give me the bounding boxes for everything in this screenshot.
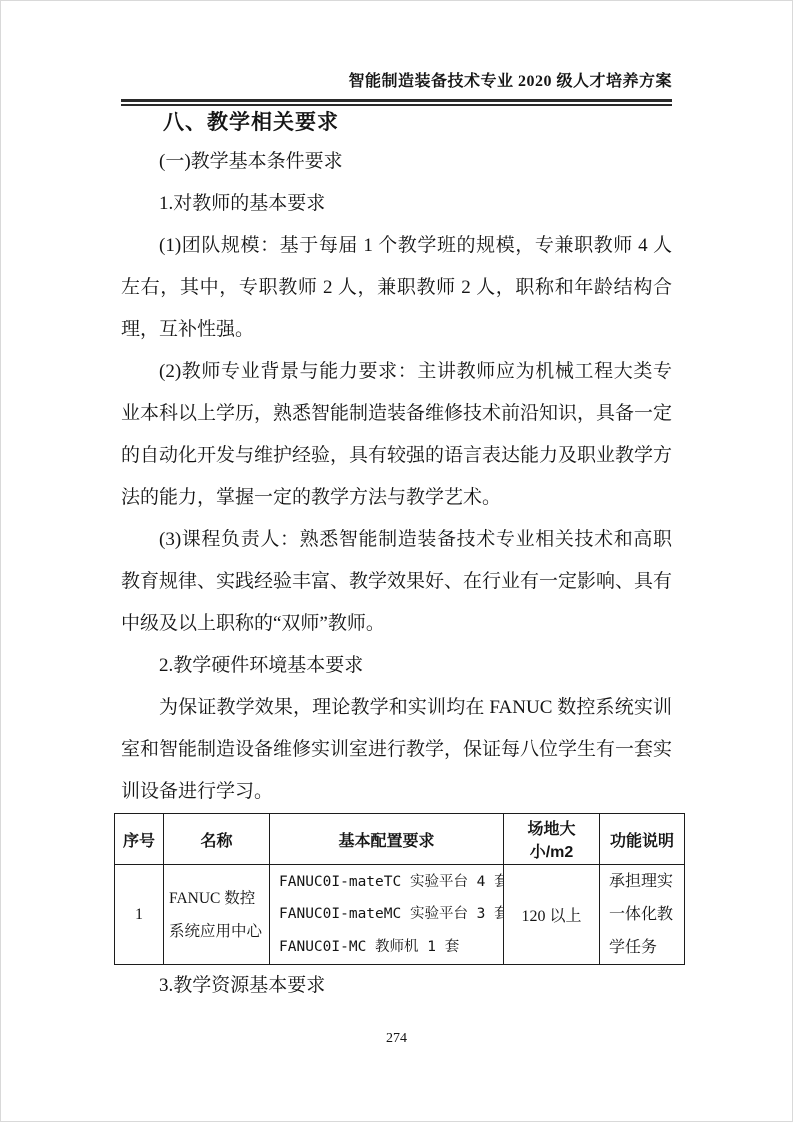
column-header-config: 基本配置要求 <box>270 814 504 865</box>
page-number: 274 <box>386 1031 407 1046</box>
paragraph-course-leader: (3)课程负责人：熟悉智能制造装备技术专业相关技术和高职教育规律、实践经验丰富、… <box>121 519 672 645</box>
config-line-3: FANUC0I-MC 教师机 1 套 <box>279 931 503 964</box>
column-header-area: 场地大小/m2 <box>504 814 600 865</box>
config-line-1: FANUC0I-mateTC 实验平台 4 套 <box>279 866 503 899</box>
config-line-2: FANUC0I-mateMC 实验平台 3 套 <box>279 898 503 931</box>
facility-table: 序号 名称 基本配置要求 场地大小/m2 功能说明 1 FANUC 数控系统应用… <box>114 813 685 965</box>
table-row: 1 FANUC 数控系统应用中心 FANUC0I-mateTC 实验平台 4 套… <box>115 865 685 965</box>
page-header: 智能制造装备技术专业 2020 级人才培养方案 <box>121 71 672 106</box>
paragraph-teacher-background: (2)教师专业背景与能力要求：主讲教师应为机械工程大类专业本科以上学历，熟悉智能… <box>121 351 672 519</box>
cell-facility-name: FANUC 数控系统应用中心 <box>164 865 270 965</box>
cell-config-requirements: FANUC0I-mateTC 实验平台 4 套 FANUC0I-mateMC 实… <box>270 865 504 965</box>
page-footer: 274 <box>1 1029 792 1049</box>
column-header-name: 名称 <box>164 814 270 865</box>
cell-site-area: 120 以上 <box>504 865 600 965</box>
section-title: 八、教学相关要求 <box>121 105 672 141</box>
paragraph-item-3: 3.教学资源基本要求 <box>121 965 672 1007</box>
header-title: 智能制造装备技术专业 2020 级人才培养方案 <box>121 71 672 93</box>
cell-row-number: 1 <box>115 865 164 965</box>
cell-function-description: 承担理实一体化教学任务 <box>600 865 685 965</box>
paragraph-team-size: (1)团队规模：基于每届 1 个教学班的规模，专兼职教师 4 人左右，其中，专职… <box>121 225 672 351</box>
paragraph-item-1: 1.对教师的基本要求 <box>121 183 672 225</box>
document-page: 智能制造装备技术专业 2020 级人才培养方案 八、教学相关要求 (一)教学基本… <box>0 0 793 1122</box>
document-body: 八、教学相关要求 (一)教学基本条件要求 1.对教师的基本要求 (1)团队规模：… <box>121 105 672 1007</box>
facility-table-header-row: 序号 名称 基本配置要求 场地大小/m2 功能说明 <box>115 814 685 865</box>
paragraph-hardware: 为保证教学效果，理论教学和实训均在 FANUC 数控系统实训室和智能制造设备维修… <box>121 687 672 813</box>
column-header-no: 序号 <box>115 814 164 865</box>
paragraph-item-2: 2.教学硬件环境基本要求 <box>121 645 672 687</box>
paragraph-subsection-1: (一)教学基本条件要求 <box>121 141 672 183</box>
column-header-function: 功能说明 <box>600 814 685 865</box>
